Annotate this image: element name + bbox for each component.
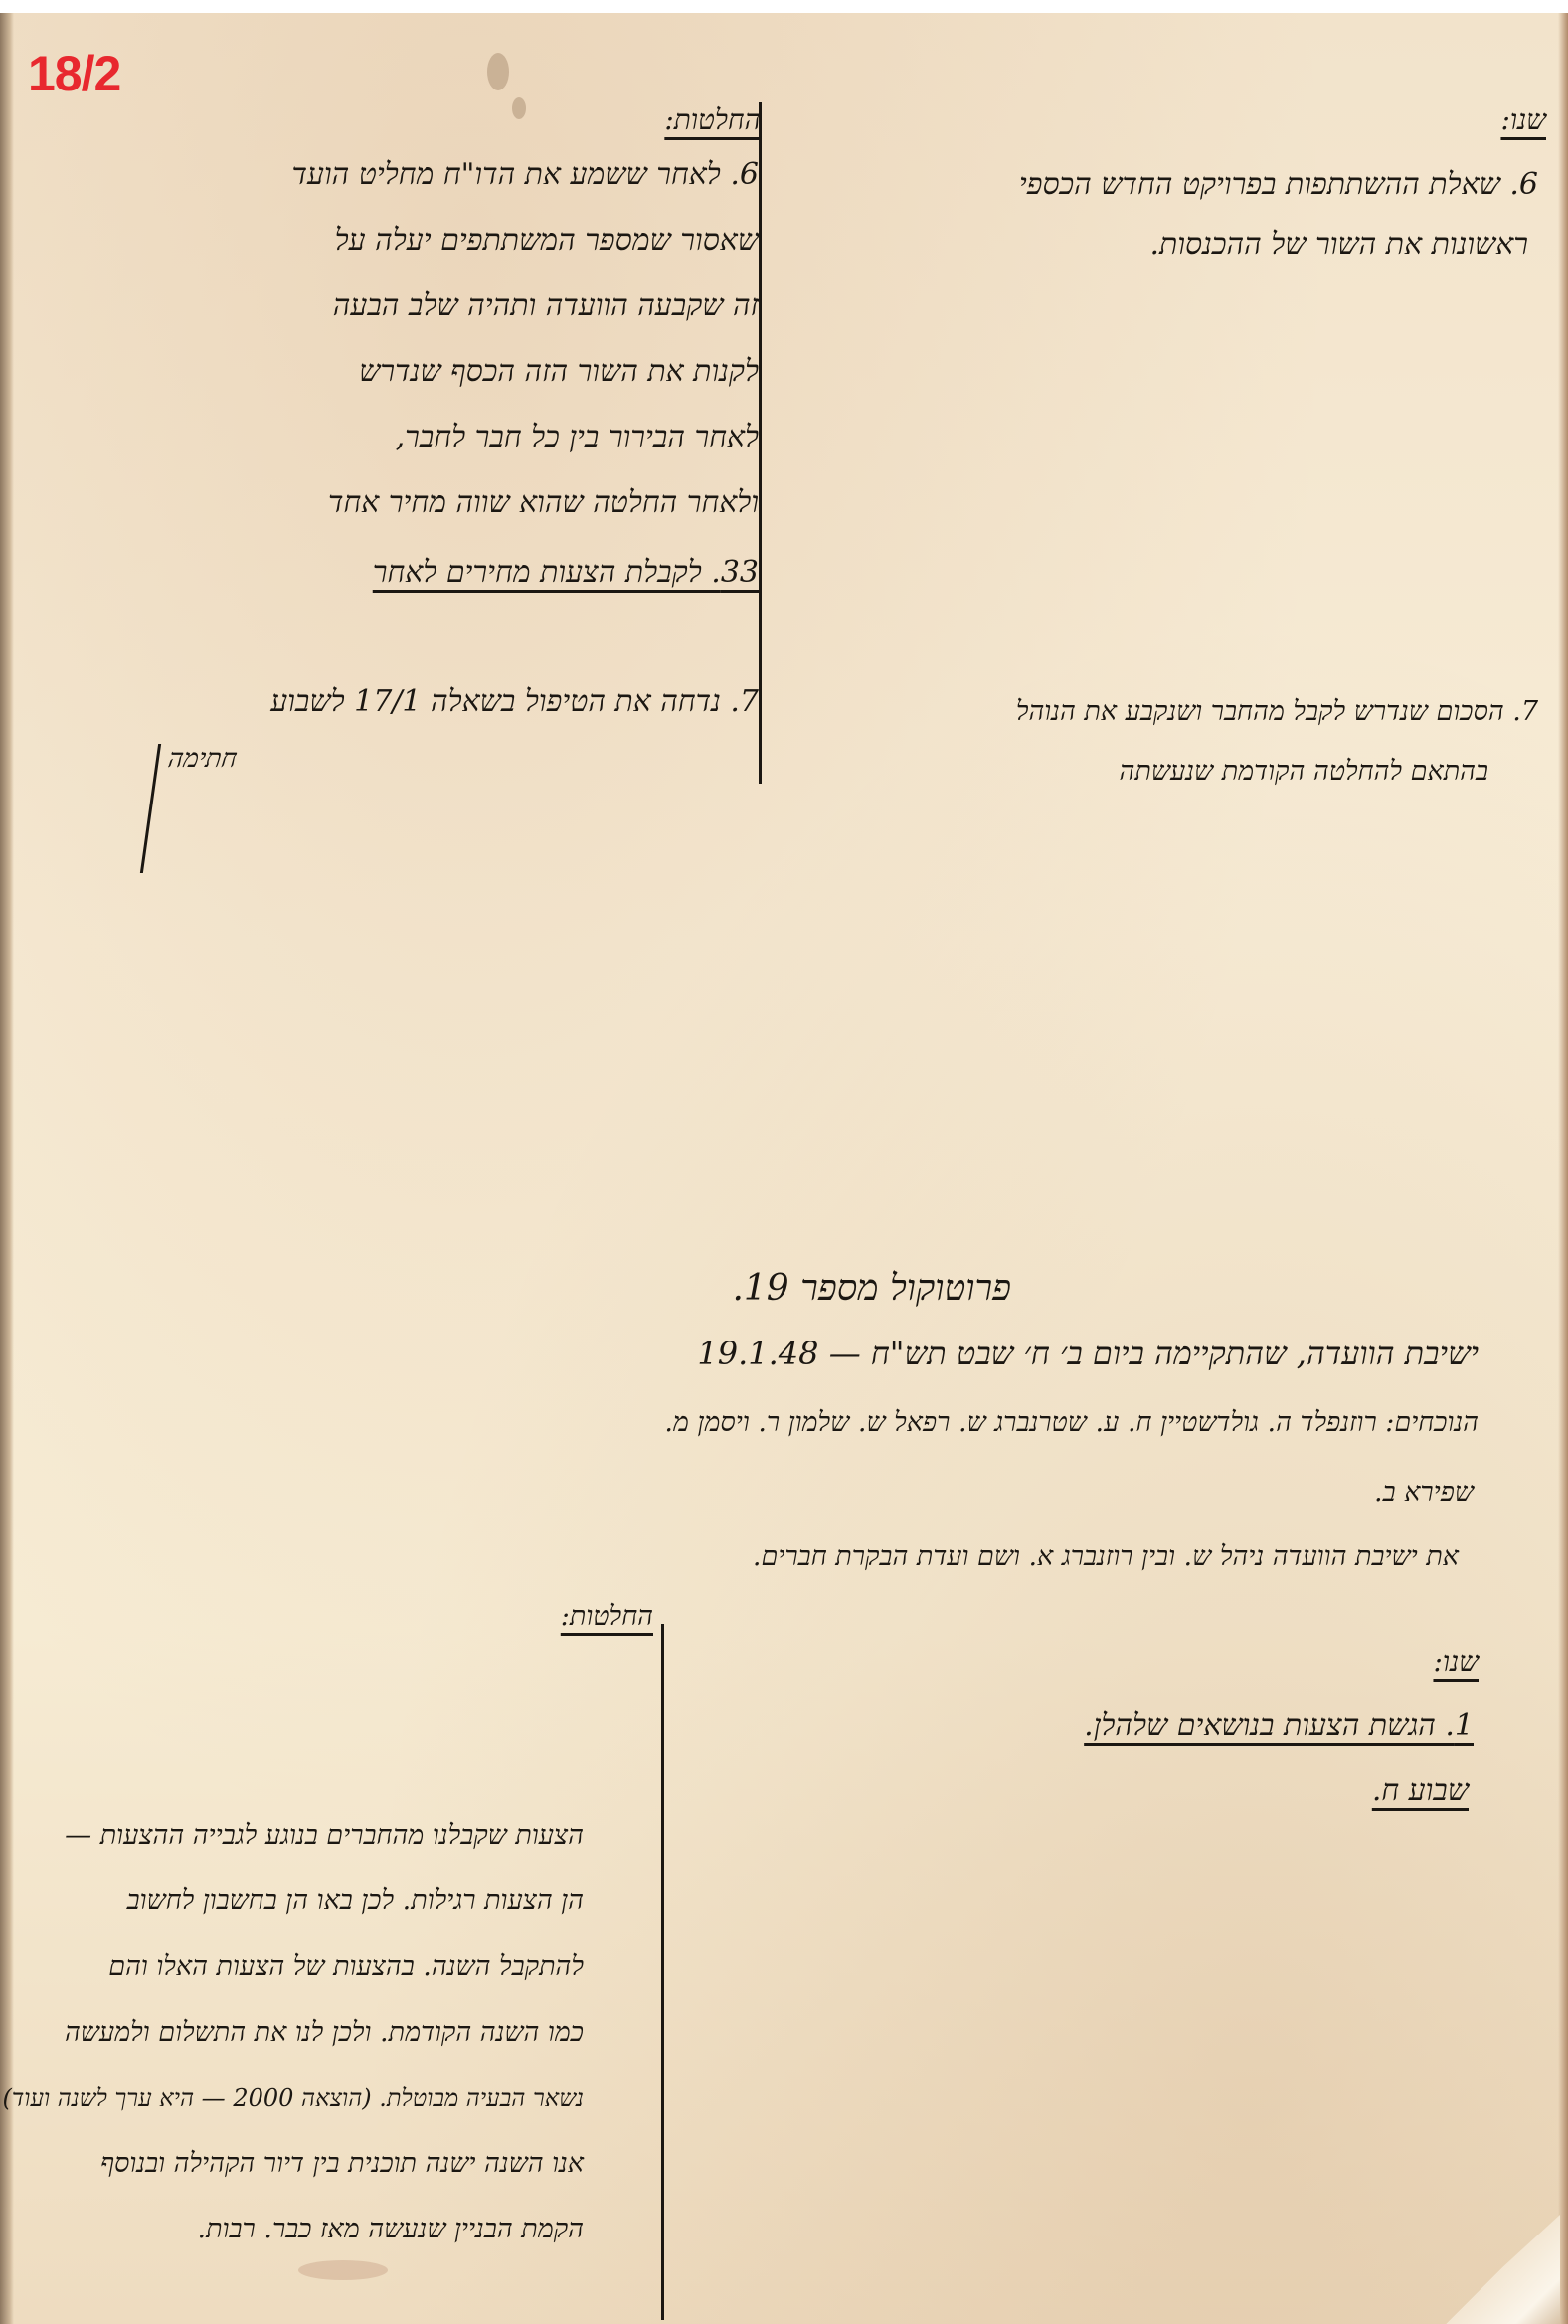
decision-6-line-7: 33. לקבלת הצעות מחירים לאחר <box>373 540 759 606</box>
decision-body-line-1: הצעות שקבלנו מהחברים בנוגע לגבייה ההצעות… <box>65 1803 584 1869</box>
page-right-edge <box>1558 13 1568 2324</box>
attendees-line: הנוכחים: רוזנפלד ה. גולדשטיין ח. ע. שטרנ… <box>664 1390 1479 1456</box>
meeting-date-line: ישיבת הוועדה, שהתקיימה ביום ב׳ ח׳ שבט תש… <box>697 1321 1479 1386</box>
agenda-7-line-2: בהתאם להחלטה הקודמת שנעשתה <box>1120 739 1488 804</box>
notebook-page: 18/2 החלטות: 6. לאחר ששמע את הדו"ח מחליט… <box>0 13 1568 2324</box>
decision-body-line-2: הן הצעות רגילות. לכן באו הן בחשבון לחשוב <box>127 1869 584 1934</box>
agenda-7-line-1: 7. הסכום שנדרש לקבל מהחבר ושנקבע את הנוה… <box>1016 679 1538 745</box>
decision-6-line-3: זה שקבעה הוועדה ותהיה שלב הבעה <box>333 273 759 339</box>
column-divider-top <box>759 102 762 784</box>
agenda-6-line-2: ראשונות את השור של ההכנסות. <box>1150 212 1528 277</box>
agenda-6-line-1: 6. שאלת ההשתתפות בפרויקט החדש הכספי <box>1019 152 1538 218</box>
decision-7-line: 7. נדחה את הטיפול בשאלה 17/1 לשבוע <box>270 669 759 735</box>
decision-6-line-4: לקנות את השור הזה הכסף שנדרש <box>359 339 759 405</box>
paper-stain <box>298 2260 388 2280</box>
attendees-continued: שפירא ב. <box>1374 1460 1474 1525</box>
decision-body-line-5: נשאר הבעיה מבוטלת. (הוצאה 2000 — היא ערך… <box>3 2065 584 2131</box>
ink-stain <box>512 97 526 119</box>
agenda-item-1: 1. הגשת הצעות בנושאים שלהלן. <box>1084 1694 1474 1759</box>
decision-body-line-3: להתקבל השנה. בהצעות של הצעות האלו והם <box>108 1934 584 2000</box>
protocol-title: פרוטוקול מספר 19. <box>732 1256 1011 1322</box>
decision-6-line-6: ולאחר החלטה שהוא שווה מחיר אחד <box>328 470 759 536</box>
decision-6-line-1: 6. לאחר ששמע את הדו"ח מחליט הועד <box>292 142 759 208</box>
agenda-header-bottom: שנו: <box>1433 1629 1479 1695</box>
page-number-label: 18/2 <box>28 45 120 102</box>
secretary-line: את ישיבת הוועדה ניהל ש. ובין רוזנברג א. … <box>753 1524 1459 1590</box>
decision-body-line-6: אנו השנה ישנה תוכנית בין דיור הקהילה ובנ… <box>100 2131 584 2197</box>
column-divider-bottom <box>661 1624 664 2320</box>
agenda-subheader: שבוע ח. <box>1372 1758 1469 1824</box>
decision-6-line-2: שאסור שמספר המשתתפים יעלה על <box>335 208 759 273</box>
ink-stain <box>487 53 509 90</box>
decision-6-line-5: לאחר הבירור בין כל חבר לחבר, <box>396 405 759 470</box>
agenda-header-top: שנו: <box>1500 88 1546 153</box>
binding-edge <box>0 13 14 2324</box>
decision-body-line-4: כמו השנה הקודמת. ולכן לנו את התשלום ולמע… <box>65 2000 584 2065</box>
decision-body-line-7: הקמת הבניין שנעשה מאז כבר. רבות. <box>198 2197 584 2262</box>
decisions-header-bottom: החלטות: <box>561 1584 653 1650</box>
